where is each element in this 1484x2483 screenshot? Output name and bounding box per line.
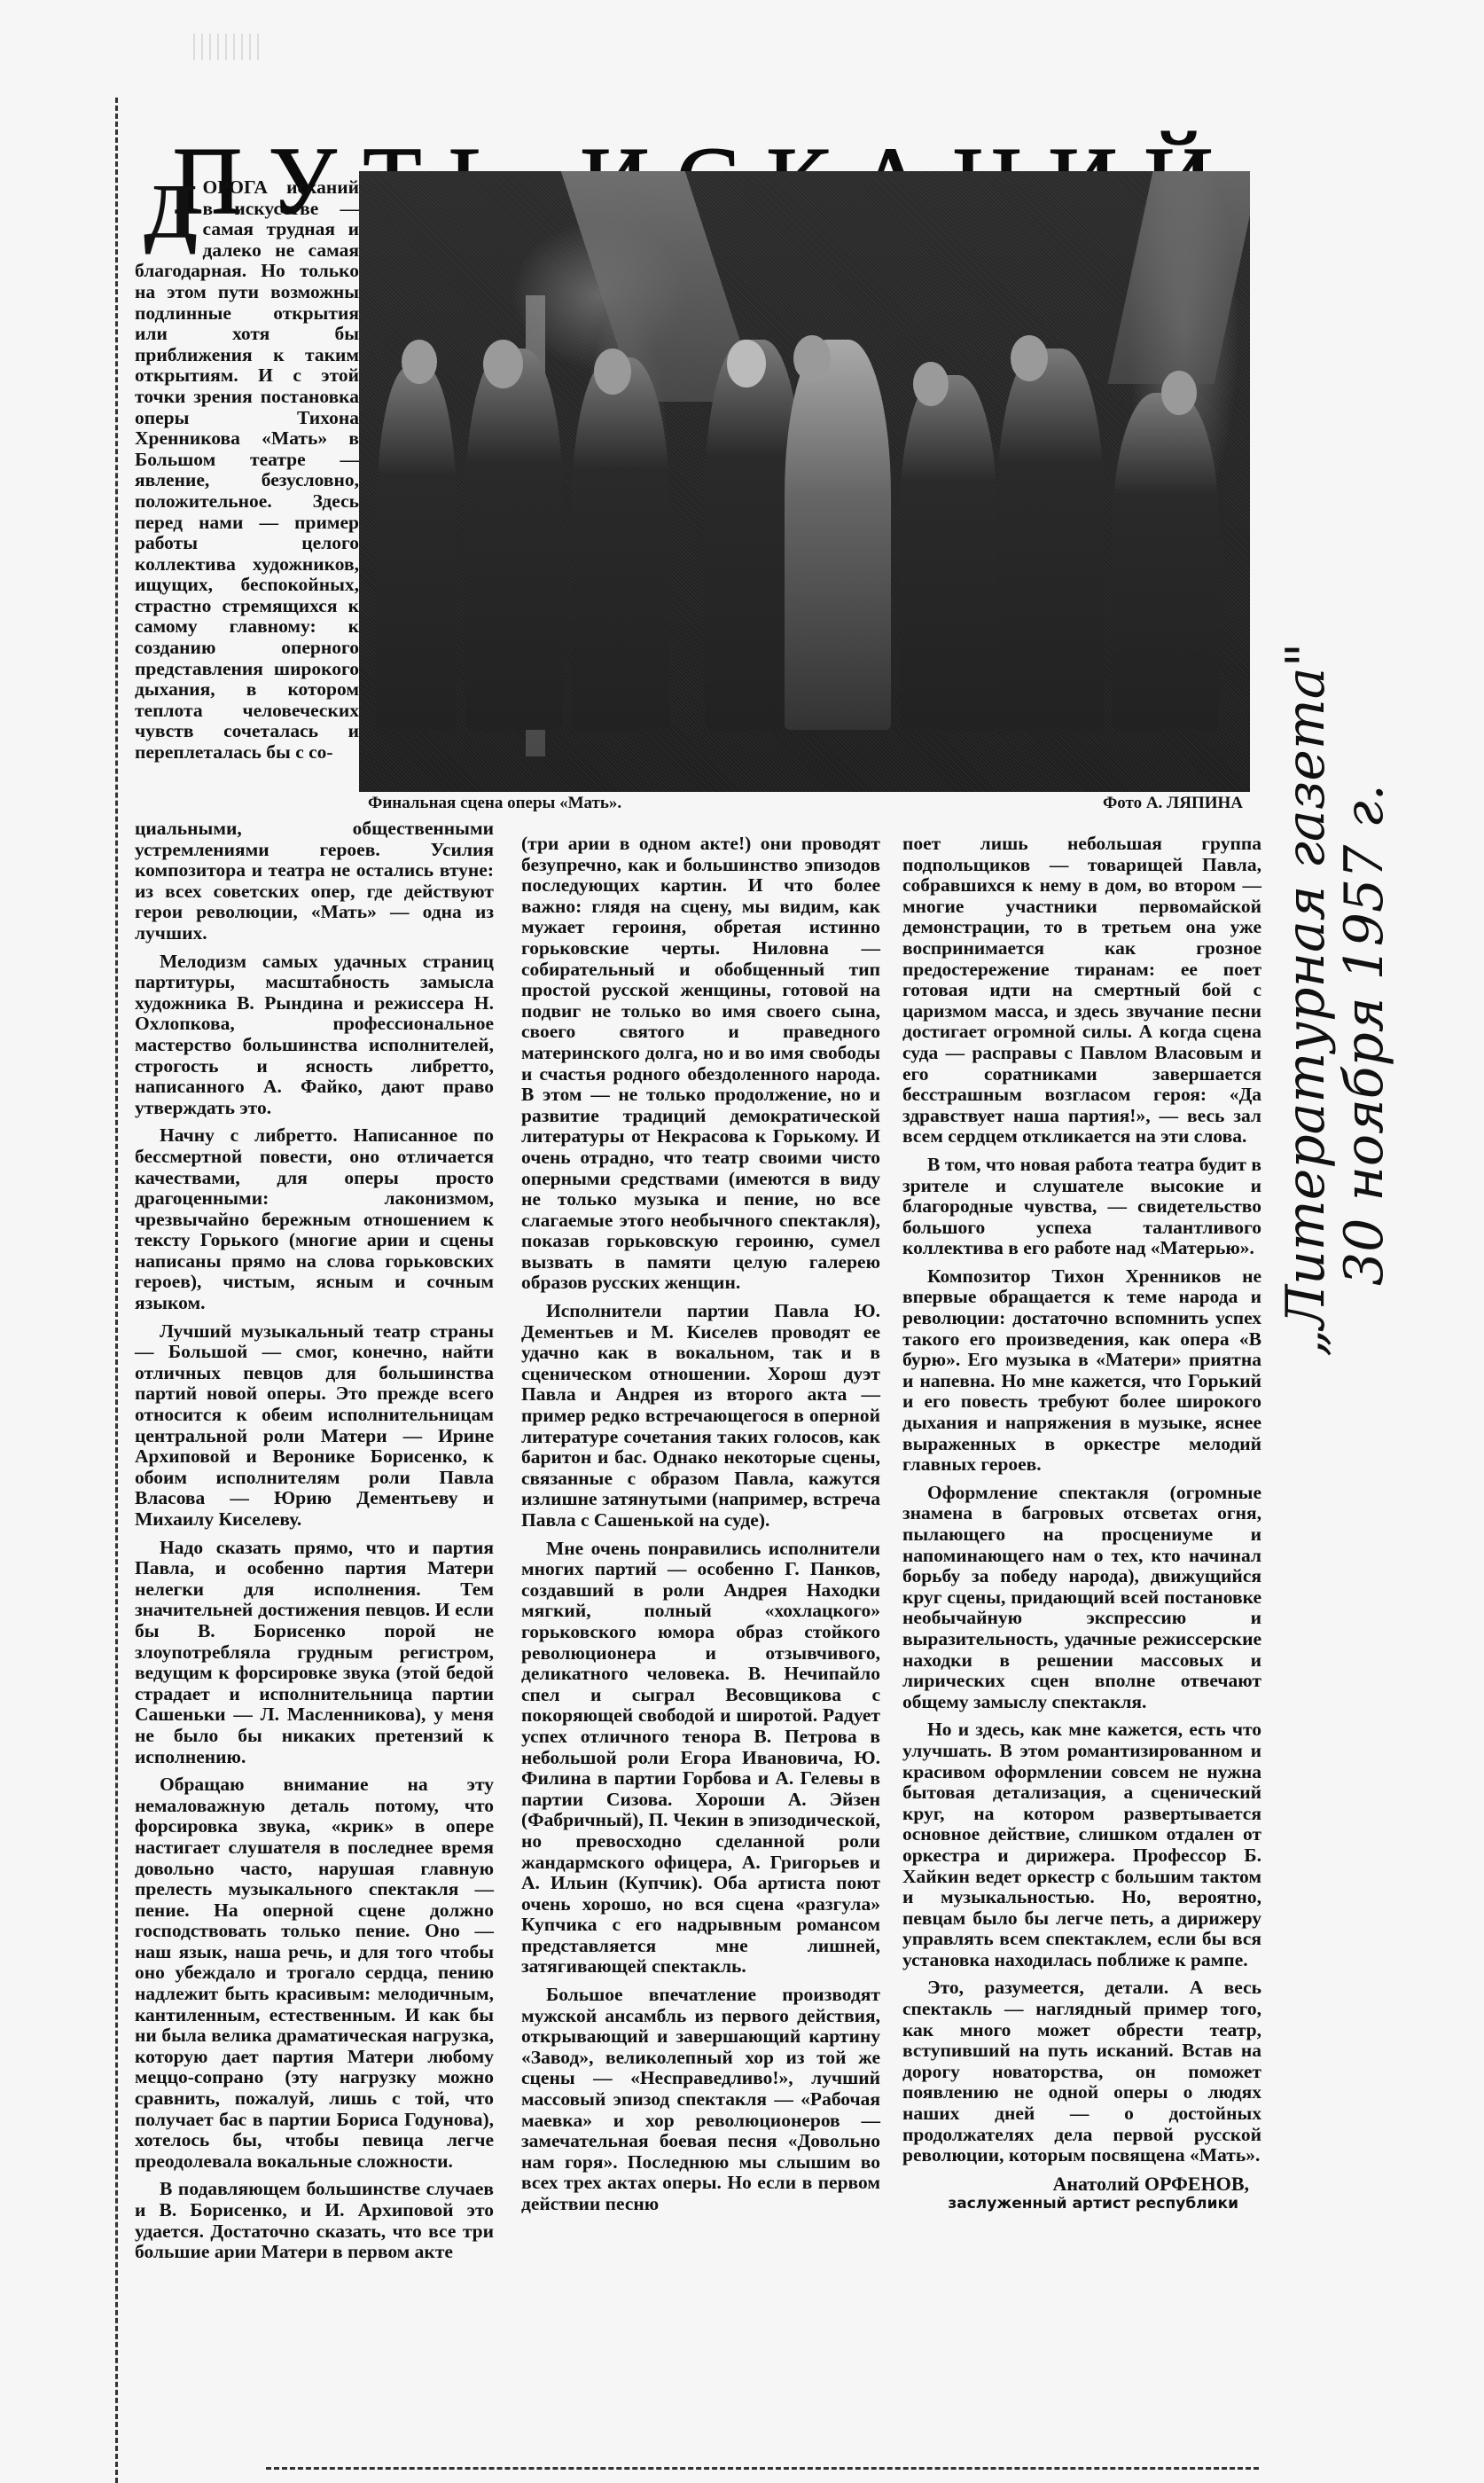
figure-shape xyxy=(465,349,563,730)
photo-caption: Финальная сцена оперы «Мать». xyxy=(368,794,621,813)
column-3: поет лишь небольшая группа подпольщиков … xyxy=(902,834,1261,2215)
margin-note-publication: „Литературная газета" xyxy=(1277,470,1335,1357)
figure-shape xyxy=(1113,393,1219,730)
column-1: циальными, общественными устремлениями г… xyxy=(135,819,494,2270)
paragraph: Композитор Тихон Хренников не впервые об… xyxy=(902,1266,1261,1476)
paragraph: Начну с либретто. Написанное по бессмерт… xyxy=(135,1125,494,1313)
column-1-intro: ДОРОГА исканий в искусстве — самая трудн… xyxy=(135,177,359,771)
banner-shape xyxy=(1107,171,1250,384)
paragraph: Это, разумеется, детали. А весь спектакл… xyxy=(902,1978,1261,2166)
paragraph: Оформление спектакля (огромные знамена в… xyxy=(902,1483,1261,1713)
author-name: Анатолий ОРФЕНОВ, xyxy=(902,2174,1261,2195)
author-title: заслуженный артист республики xyxy=(902,2194,1261,2215)
head-shape xyxy=(1011,335,1048,381)
paragraph: Обращаю внимание на эту немаловажную дет… xyxy=(135,1774,494,2172)
clipping-left-border xyxy=(115,98,118,2483)
paragraph: В подавляющем большинстве случаев и В. Б… xyxy=(135,2179,494,2262)
photo-credit: Фото А. ЛЯПИНА xyxy=(1103,794,1243,813)
figure-shape xyxy=(785,340,891,730)
margin-note-date: 30 ноября 1957 г. xyxy=(1335,470,1394,1357)
head-shape xyxy=(1161,371,1197,415)
paragraph: Лучший музыкальный театр страны — Большо… xyxy=(135,1321,494,1531)
intro-text: ОРОГА исканий в искусстве — самая трудна… xyxy=(135,176,359,763)
photo-caption-bar: Финальная сцена оперы «Мать». Фото А. ЛЯ… xyxy=(368,794,1250,817)
head-shape xyxy=(594,349,631,395)
handwritten-margin-note: „Литературная газета" 30 ноября 1957 г. xyxy=(1277,470,1394,1357)
drop-cap: Д xyxy=(144,181,198,245)
paragraph: (три арии в одном акте!) они проводят бе… xyxy=(521,834,880,1294)
head-shape xyxy=(402,340,437,384)
paragraph: Надо сказать прямо, что и партия Павла, … xyxy=(135,1538,494,1768)
head-shape xyxy=(793,335,831,381)
paragraph: поет лишь небольшая группа подпольщиков … xyxy=(902,834,1261,1148)
clipping-bottom-border xyxy=(266,2467,1259,2470)
paragraph: Исполнители партии Павла Ю. Дементьев и … xyxy=(521,1301,880,1531)
paragraph: Мелодизм самых удачных страниц партитуры… xyxy=(135,952,494,1119)
head-shape xyxy=(727,340,766,388)
head-shape xyxy=(913,362,949,406)
head-shape xyxy=(483,340,523,388)
paragraph: Большое впечатление производят мужской а… xyxy=(521,1985,880,2215)
figure-shape xyxy=(572,357,669,730)
figure-shape xyxy=(900,375,997,730)
figure-shape xyxy=(997,349,1104,730)
paragraph: В том, что новая работа театра будит в з… xyxy=(902,1155,1261,1259)
paragraph: Но и здесь, как мне кажется, есть что ул… xyxy=(902,1719,1261,1970)
article-photo xyxy=(359,171,1250,792)
intro-paragraph: ДОРОГА исканий в искусстве — самая трудн… xyxy=(135,177,359,764)
figure-shape xyxy=(377,366,457,730)
column-2: (три арии в одном акте!) они проводят бе… xyxy=(521,834,880,2222)
scan-noise-mark xyxy=(193,34,260,60)
paragraph: Мне очень понравились исполнители многих… xyxy=(521,1539,880,1978)
paragraph: циальными, общественными устремлениями г… xyxy=(135,819,494,944)
